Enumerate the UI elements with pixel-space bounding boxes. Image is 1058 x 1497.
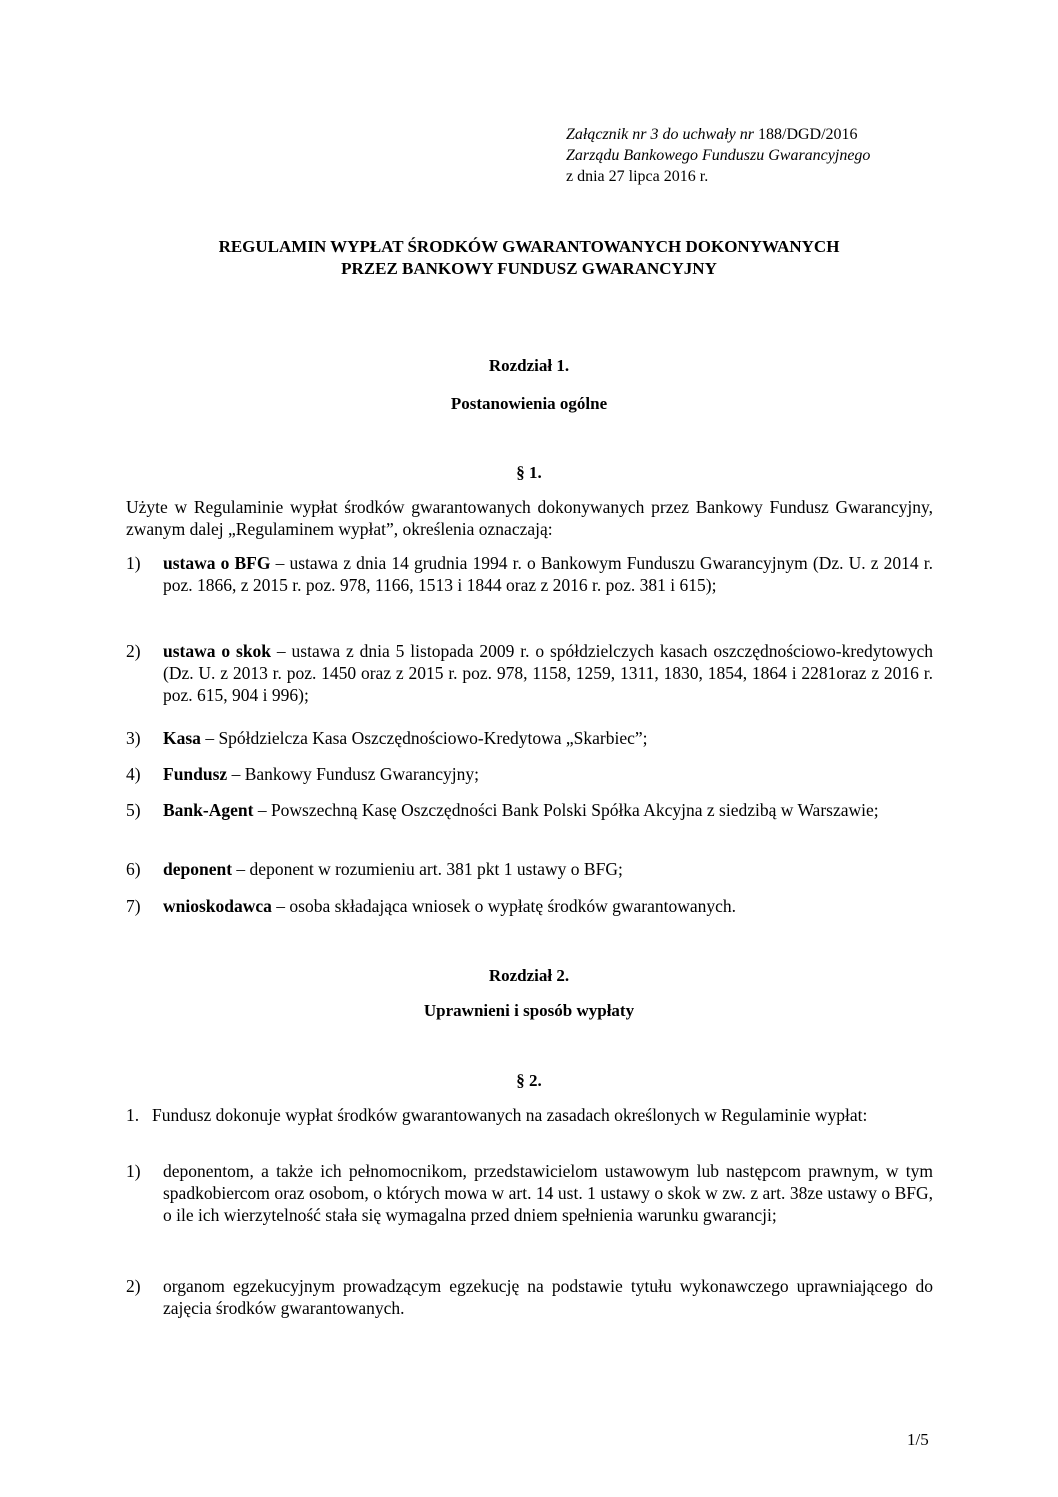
subpoint-text: deponentom, a także ich pełnomocnikom, p… [163,1161,933,1225]
section1-intro: Użyte w Regulaminie wypłat środków gwara… [126,496,933,540]
page-number: 1/5 [907,1430,929,1450]
section1-heading: § 1. [100,463,958,483]
subpoint-item: 1)deponentom, a także ich pełnomocnikom,… [163,1160,933,1226]
defined-term: wnioskodawca [163,896,272,916]
definition-text: – osoba składająca wniosek o wypłatę śro… [272,896,736,916]
definition-text: – Bankowy Fundusz Gwarancyjny; [227,764,479,784]
item-number: 4) [126,763,141,785]
subpoint-item: 2)organom egzekucyjnym prowadzącym egzek… [163,1275,933,1319]
chapter2-subheading: Uprawnieni i sposób wypłaty [100,1001,958,1021]
point-number: 1. [126,1104,139,1126]
definition-text: – deponent w rozumieniu art. 381 pkt 1 u… [232,859,623,879]
item-number: 5) [126,799,141,821]
item-number: 6) [126,858,141,880]
chapter2-heading: Rozdział 2. [100,966,958,986]
item-number: 2) [126,1275,141,1297]
definition-text: – Powszechną Kasę Oszczędności Bank Pols… [253,800,878,820]
item-number: 7) [126,895,141,917]
defined-term: ustawa o skok [163,641,271,661]
attachment-date: z dnia 27 lipca 2016 r. [566,166,870,187]
chapter1-subheading: Postanowienia ogólne [100,394,958,414]
definition-text: – ustawa z dnia 14 grudnia 1994 r. o Ban… [163,553,933,595]
title-line2: PRZEZ BANKOWY FUNDUSZ GWARANCYJNY [100,258,958,280]
section2-heading: § 2. [100,1071,958,1091]
item-number: 1) [126,552,141,574]
title-line1: REGULAMIN WYPŁAT ŚRODKÓW GWARANTOWANYCH … [100,236,958,258]
defined-term: Bank-Agent [163,800,253,820]
defined-term: deponent [163,859,232,879]
definition-item: 3)Kasa – Spółdzielcza Kasa Oszczędnościo… [163,727,933,749]
item-number: 2) [126,640,141,662]
definition-text: – Spółdzielcza Kasa Oszczędnościowo-Kred… [201,728,648,748]
chapter1-heading: Rozdział 1. [100,356,958,376]
attachment-note: Załącznik nr 3 do uchwały nr 188/DGD/201… [566,124,870,187]
document-title: REGULAMIN WYPŁAT ŚRODKÓW GWARANTOWANYCH … [100,236,958,280]
definition-item: 6)deponent – deponent w rozumieniu art. … [163,858,933,880]
section2-point1: 1. Fundusz dokonuje wypłat środków gwara… [152,1104,933,1126]
definition-item: 2)ustawa o skok – ustawa z dnia 5 listop… [163,640,933,706]
attachment-line2: Zarządu Bankowego Funduszu Gwarancyjnego [566,145,870,166]
attachment-line1: Załącznik nr 3 do uchwały nr [566,126,758,143]
definition-item: 1)ustawa o BFG – ustawa z dnia 14 grudni… [163,552,933,596]
definition-item: 4)Fundusz – Bankowy Fundusz Gwarancyjny; [163,763,933,785]
defined-term: ustawa o BFG [163,553,270,573]
defined-term: Kasa [163,728,201,748]
subpoint-text: organom egzekucyjnym prowadzącym egzekuc… [163,1276,933,1318]
definition-item: 7)wnioskodawca – osoba składająca wniose… [163,895,933,917]
item-number: 3) [126,727,141,749]
resolution-number: 188/DGD/2016 [758,126,858,143]
definition-text: – ustawa z dnia 5 listopada 2009 r. o sp… [163,641,933,705]
item-number: 1) [126,1160,141,1182]
point-text: Fundusz dokonuje wypłat środków gwaranto… [152,1105,867,1125]
definition-item: 5)Bank-Agent – Powszechną Kasę Oszczędno… [163,799,933,821]
defined-term: Fundusz [163,764,227,784]
